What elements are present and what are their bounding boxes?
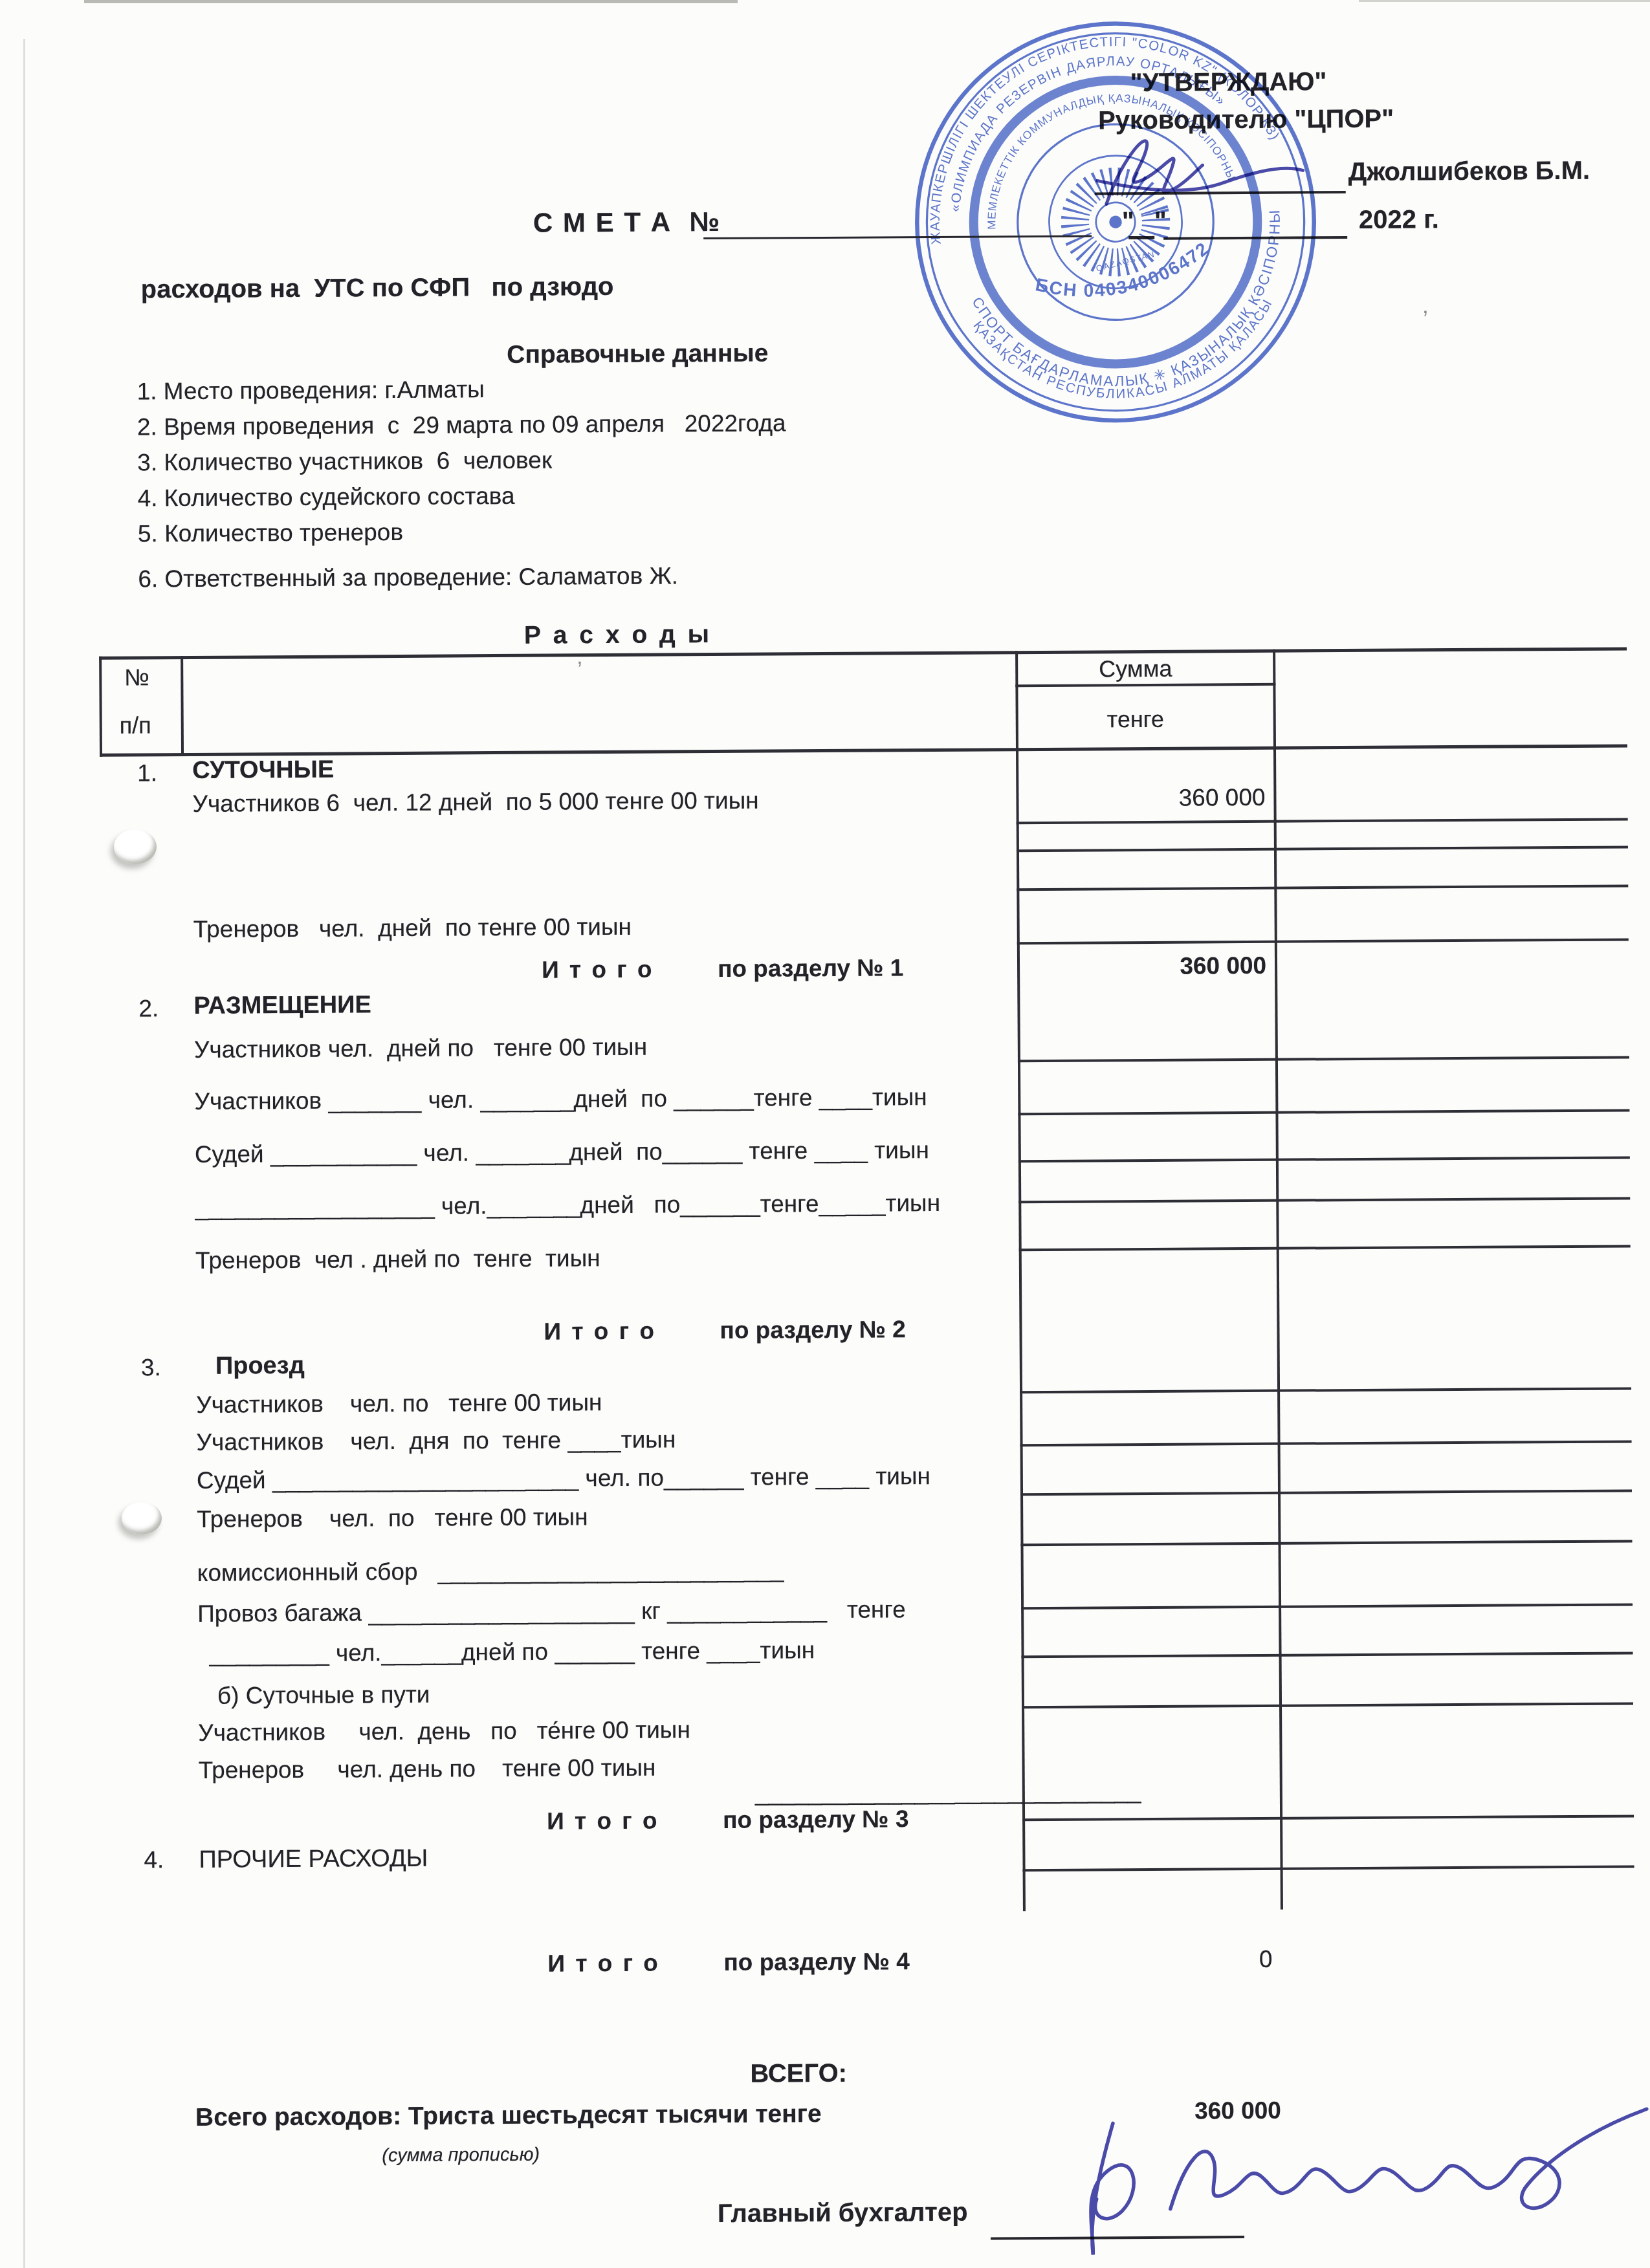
section3-line4: Тренеров чел. по тенге 00 тиын — [197, 1503, 588, 1533]
table-left-border — [99, 657, 102, 757]
section3-line6: Провоз багажа ____________________ кг __… — [197, 1596, 906, 1628]
section3-line8: б) Суточные в пути — [217, 1681, 430, 1710]
expenses-heading: Р а с х о д ы — [524, 620, 712, 651]
grand-total-words: Всего расходов: Триста шестьдесят тысячи… — [195, 2100, 822, 2133]
section2-number: 2. — [138, 995, 159, 1023]
section2-total-label: И т о г о — [544, 1318, 656, 1346]
sum-column-left-border — [1015, 651, 1026, 1911]
table-row-line — [1017, 845, 1628, 852]
section4-total-sum: 0 — [1040, 1946, 1272, 1975]
col-header-num: № — [124, 664, 149, 691]
section2-line4: __________________ чел._______дней по___… — [195, 1190, 940, 1222]
table-row-line — [1018, 1156, 1630, 1162]
stamp-bsn-text: БСН 040340006472 — [1029, 231, 1218, 319]
document-content: "УТВЕРЖДАЮ" Руководителю "ЦПОР" Джолшибе… — [0, 0, 1650, 2268]
refdata-item-1: 1. Место проведения: г.Алматы — [137, 376, 484, 406]
grand-total-heading: ВСЕГО: — [750, 2058, 847, 2089]
table-row-line — [1017, 884, 1628, 891]
stamp-center-text: QAZAQSTAN — [1095, 249, 1156, 274]
section3-title: Проезд — [215, 1352, 305, 1381]
section2-line5: Тренеров чел . дней по тенге тиын — [195, 1245, 600, 1274]
table-row-line — [1023, 1865, 1634, 1871]
section3-line2: Участников чел. дня по тенге ____тиын — [196, 1426, 676, 1456]
section3-line10: Тренеров чел. день по тенге 00 тиын — [198, 1754, 655, 1785]
section4-title: ПРОЧИЕ РАСХОДЫ — [199, 1845, 428, 1875]
table-row-line — [1018, 1197, 1630, 1203]
section1-title: СУТОЧНЫЕ — [192, 756, 334, 785]
table-row-line — [1022, 1815, 1634, 1821]
section2-line1: Участников чел. дней по тенге 00 тиын — [194, 1034, 647, 1064]
section1-total-label: И т о г о — [542, 956, 654, 985]
hole-punch-bottom — [122, 1502, 162, 1534]
section2-line2: Участников _______ чел. _______дней по _… — [194, 1084, 927, 1115]
section2-total-razdel: по разделу № 2 — [720, 1316, 906, 1344]
hole-punch-top — [114, 829, 157, 864]
table-row-line — [1020, 1387, 1631, 1393]
section4-number: 4. — [144, 1846, 164, 1874]
table-row-line — [1020, 1440, 1632, 1446]
sum-column-right-border — [1273, 649, 1283, 1910]
section1-line1: Участников 6 чел. 12 дней по 5 000 тенге… — [192, 787, 758, 818]
section2-title: РАЗМЕЩЕНИЕ — [193, 991, 371, 1020]
section1-line1-sum: 360 000 — [1033, 784, 1265, 813]
table-row-line — [1017, 938, 1629, 944]
refdata-item-4: 4. Количество судейского состава — [137, 483, 514, 512]
section1-total-razdel: по разделу № 1 — [718, 954, 904, 983]
accountant-label: Главный бухгалтер — [718, 2197, 968, 2229]
refdata-item-2: 2. Время проведения с 29 марта по 09 апр… — [137, 409, 786, 441]
section2-line3: Судей ___________ чел. _______дней по___… — [195, 1137, 929, 1168]
sum-header-divider — [1015, 683, 1275, 687]
col-header-num-sub: п/п — [120, 712, 151, 739]
refdata-item-6: 6. Ответственный за проведение: Саламато… — [138, 562, 678, 593]
svg-text:БСН 040340006472: БСН 040340006472 — [1029, 231, 1218, 319]
table-row-line — [1021, 1540, 1633, 1546]
document-title: С М Е Т А № — [533, 206, 721, 239]
table-row-line — [1022, 1652, 1633, 1658]
section3-line5: комиссионный сбор ______________________… — [197, 1556, 784, 1587]
table-row-line — [1020, 1489, 1632, 1496]
section3-total-razdel: по разделу № 3 — [723, 1805, 909, 1834]
section3-total-label: И т о г о — [547, 1807, 659, 1836]
scan-artifact-comma: ’ — [577, 657, 582, 682]
approval-year: 2022 г. — [1359, 204, 1439, 235]
table-row-line — [1018, 1109, 1629, 1115]
section3-line9: Участников чел. день по те́нге 00 тиын — [198, 1716, 690, 1747]
table-row-line — [1018, 1056, 1629, 1062]
scanned-budget-document: "УТВЕРЖДАЮ" Руководителю "ЦПОР" Джолшибе… — [0, 0, 1650, 2268]
col-header-currency: тенге — [1107, 706, 1165, 733]
section3-line1: Участников чел. по тенге 00 тиын — [196, 1389, 602, 1419]
section1-total-sum: 360 000 — [1035, 952, 1266, 981]
section1-number: 1. — [137, 759, 157, 787]
section3-line7: _________ чел.______дней по ______ тенге… — [209, 1637, 815, 1668]
table-num-divider — [181, 656, 184, 756]
document-subtitle: расходов на УТС по СФП по дзюдо — [140, 272, 613, 304]
accountant-signature — [1016, 2091, 1650, 2267]
refdata-heading: Справочные данные — [507, 340, 768, 370]
section4-total-razdel: по разделу № 4 — [723, 1948, 910, 1976]
section3-line3: Судей _______________________ чел. по___… — [197, 1463, 930, 1494]
table-row-line — [1022, 1702, 1633, 1708]
refdata-item-3: 3. Количество участников 6 человек — [137, 447, 552, 477]
table-row-line — [1019, 1245, 1631, 1251]
section1-trainers-line: Тренеров чел. дней по тенге 00 тиын — [193, 913, 632, 944]
col-header-sum: Сумма — [1099, 655, 1172, 682]
table-row-line — [1021, 1603, 1633, 1609]
refdata-item-5: 5. Количество тренеров — [138, 519, 403, 548]
sum-in-words-note: (сумма прописью) — [382, 2144, 540, 2167]
section3-number: 3. — [141, 1354, 161, 1382]
table-top-border — [99, 647, 1627, 659]
table-header-bottom-border — [100, 744, 1627, 756]
section3-pre-total-line: _____________________________ — [755, 1777, 1141, 1807]
table-row-line — [1017, 818, 1628, 824]
scan-artifact-tick: ’ — [1423, 305, 1428, 332]
approval-name: Джолшибеков Б.М. — [1348, 156, 1590, 187]
section4-total-label: И т о г о — [547, 1950, 660, 1978]
round-stamp: ЖАУАПКЕРШІЛІГІ ШЕКТЕУЛІ СЕРІКТЕСТІГІ "CO… — [905, 11, 1326, 433]
